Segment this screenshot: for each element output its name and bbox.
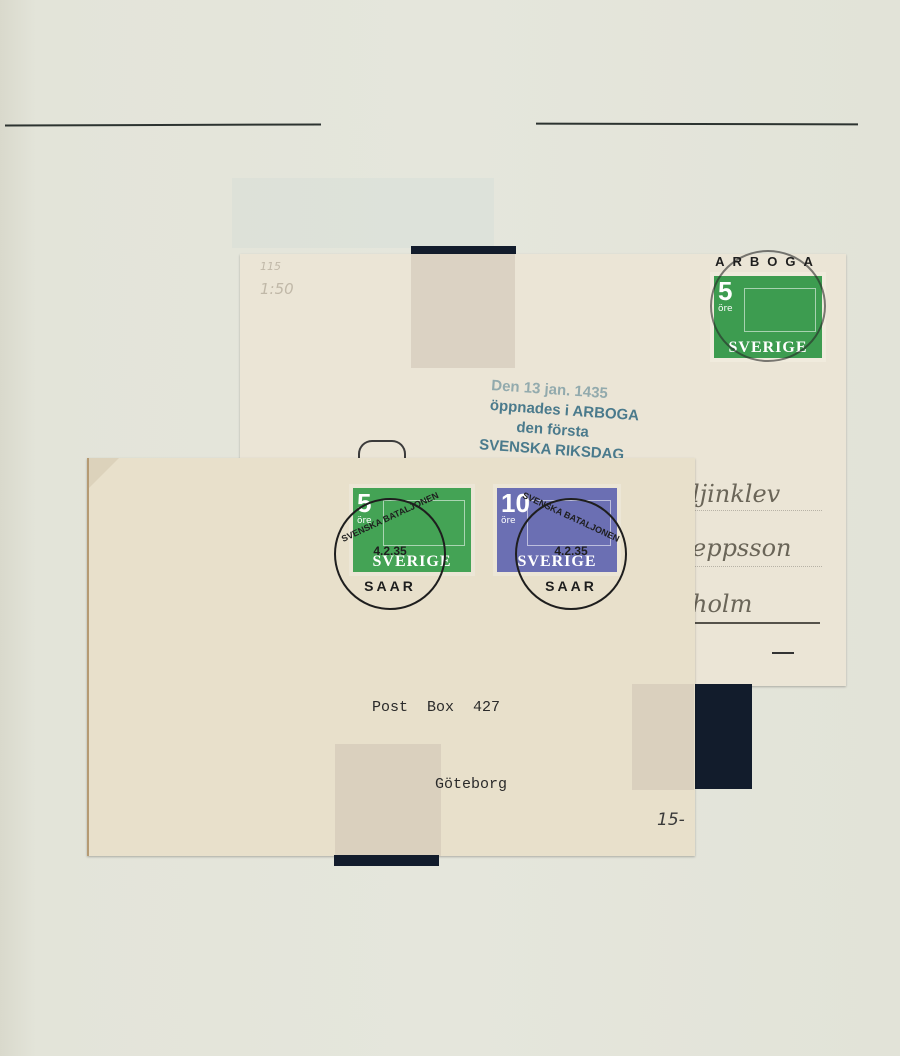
- pencil-dash: [772, 652, 794, 654]
- photo-corner-mount-right: [693, 684, 752, 789]
- photo-corner-mount-bottom: [334, 855, 439, 866]
- handwritten-address-line-3: holm: [692, 590, 752, 618]
- pencil-price: 15-: [657, 810, 685, 830]
- pencil-note-ratio: 1:50: [260, 280, 294, 298]
- handwritten-address-line-1: ljinklev: [692, 480, 780, 508]
- address-line-city: Göteborg: [435, 776, 507, 793]
- postmark-arboga: ARBOGA: [710, 250, 826, 362]
- album-heading-rule-right: [536, 123, 858, 126]
- address-dotted-line: [692, 566, 822, 567]
- pencil-note-catalog: 115: [260, 260, 281, 273]
- postmark-saar-1: SVENSKA BATALJONEN 4.2.35 SAAR: [334, 498, 446, 610]
- address-line-post-box: Post Box 427: [372, 699, 500, 716]
- envelope-corner-fold: [89, 458, 119, 488]
- hinge-strip: [335, 744, 441, 856]
- commemorative-cachet: Den 13 jan. 1435 öppnades i ARBOGA den f…: [486, 376, 641, 466]
- crown-emblem-icon: [358, 440, 406, 458]
- hinge-strip: [411, 254, 515, 368]
- address-underline: [692, 622, 820, 624]
- postmark-saar-2: SVENSKA BATALJONEN 4.2.35 SAAR: [515, 498, 627, 610]
- hinge-strip: [632, 684, 694, 790]
- envelope: 5 öre SVERIGE 10 öre SVERIGE SVENSKA BAT…: [87, 458, 695, 856]
- address-dotted-line: [692, 510, 822, 511]
- handwritten-address-line-2: eppsson: [692, 534, 791, 562]
- album-heading-rule-left: [5, 123, 321, 126]
- faded-mount-shadow: [232, 178, 494, 248]
